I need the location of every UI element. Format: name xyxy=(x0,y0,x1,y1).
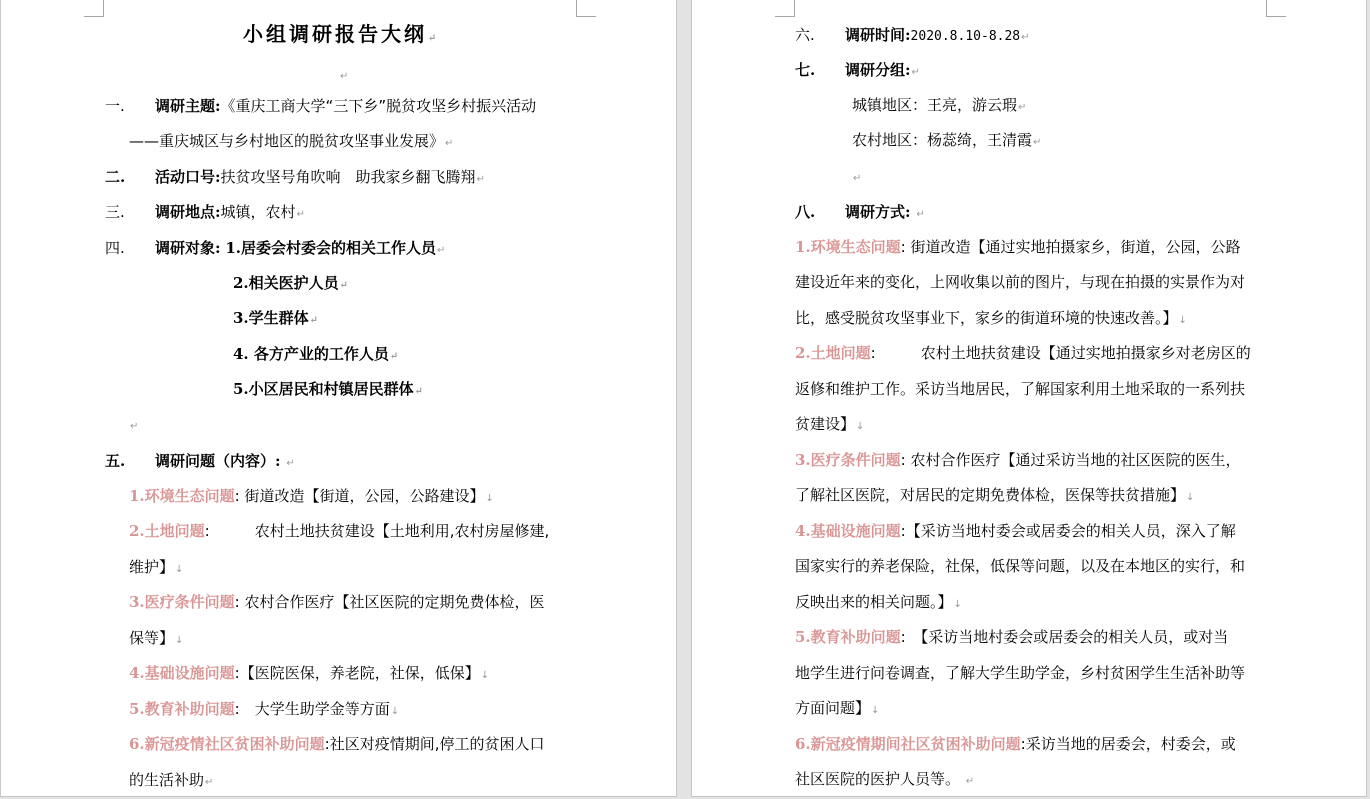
issue-item: 2.土地问题: 农村土地扶贫建设【土地利用,农村房屋修建, xyxy=(129,521,549,541)
group-item: 农村地区：杨蕊绮，王清霞↵ xyxy=(852,130,1041,153)
margin-corner-mark xyxy=(84,0,104,17)
method-item-cont: 了解社区医院，对居民的定期免费体检，医保等扶贫措施】↓ xyxy=(795,485,1194,508)
section-8-methods: 八.调研方式: ↵ xyxy=(795,202,925,225)
issue-item-cont: 维护】↓ xyxy=(129,557,183,580)
section-5-issues: 五.调研问题（内容）: ↵ xyxy=(105,451,295,474)
margin-corner-mark xyxy=(1266,0,1286,17)
section-4-objects: 四.调研对象: 1.居委会村委会的相关工作人员↵ xyxy=(105,238,445,261)
method-item-cont: 社区医院的医护人员等。 ↵ xyxy=(795,769,974,792)
issue-item-cont: 的生活补助↵ xyxy=(129,770,213,793)
method-item: 1.环境生态问题: 街道改造【通过实地拍摄家乡，街道，公园，公路 xyxy=(795,237,1241,257)
method-item: 6.新冠疫情期间社区贫困补助问题:采访当地的居委会，村委会，或 xyxy=(795,734,1236,754)
object-item: 2.相关医护人员↵ xyxy=(233,273,348,296)
document-title: 小组调研报告大纲↵ xyxy=(243,24,439,49)
issue-item: 4.基础设施问题:【医院医保，养老院，社保，低保】↓ xyxy=(129,663,489,686)
method-item-cont: 国家实行的养老保险，社保，低保等问题，以及在本地区的实行，和 xyxy=(795,556,1245,576)
section-3-location: 三.调研地点:城镇，农村↵ xyxy=(105,202,305,225)
section-1-theme: 一.调研主题:《重庆工商大学“三下乡”脱贫攻坚乡村振兴活动 xyxy=(105,96,536,116)
method-item: 4.基础设施问题:【采访当地村委会或居委会的相关人员，深入了解 xyxy=(795,521,1236,541)
method-item-cont: 方面问题】↓ xyxy=(795,698,879,721)
object-item: 4. 各方产业的工作人员↵ xyxy=(233,344,398,367)
section-6-time: 六.调研时间:2020.8.10-8.28↵ xyxy=(795,25,1030,48)
group-item: 城镇地区：王亮，游云瑕↵ xyxy=(852,95,1026,118)
method-item: 2.土地问题: 农村土地扶贫建设【通过实地拍摄家乡对老房区的 xyxy=(795,343,1251,363)
section-2-slogan: 二.活动口号:扶贫攻坚号角吹响 助我家乡翻飞腾翔↵ xyxy=(105,167,485,190)
section-7-groups: 七.调研分组:↵ xyxy=(795,60,920,83)
empty-paragraph: ↵ xyxy=(129,414,138,437)
issue-item-cont: 保等】↓ xyxy=(129,628,183,651)
document-page-right[interactable]: 六.调研时间:2020.8.10-8.28↵ 七.调研分组:↵ 城镇地区：王亮，… xyxy=(691,0,1367,797)
issue-item: 5.教育补助问题: 大学生助学金等方面↓ xyxy=(129,699,399,722)
margin-corner-mark xyxy=(576,0,596,17)
object-item: 3.学生群体↵ xyxy=(233,308,318,331)
issue-item: 6.新冠疫情社区贫困补助问题:社区对疫情期间,停工的贫困人口 xyxy=(129,734,545,754)
method-item-cont: 地学生进行问卷调查，了解大学生助学金，乡村贫困学生生活补助等 xyxy=(795,663,1245,683)
issue-item: 1.环境生态问题: 街道改造【街道，公园，公路建设】↓ xyxy=(129,486,494,509)
object-item: 5.小区居民和村镇居民群体↵ xyxy=(233,379,423,402)
method-item: 3.医疗条件问题: 农村合作医疗【通过采访当地的社区医院的医生， xyxy=(795,450,1241,470)
method-item-cont: 反映出来的相关问题。】↓ xyxy=(795,592,962,615)
section-1-theme-cont: ——重庆城区与乡村地区的脱贫攻坚事业发展》↵ xyxy=(129,131,453,154)
margin-corner-mark xyxy=(775,0,795,17)
issue-item: 3.医疗条件问题: 农村合作医疗【社区医院的定期免费体检，医 xyxy=(129,592,545,612)
method-item: 5.教育补助问题: 【采访当地村委会或居委会的相关人员，或对当 xyxy=(795,627,1228,647)
empty-paragraph: ↵ xyxy=(339,64,348,87)
method-item-cont: 比，感受脱贫攻坚事业下，家乡的街道环境的快速改善。】↓ xyxy=(795,308,1187,331)
method-item-cont: 贫建设】↓ xyxy=(795,414,864,437)
method-item-cont: 建设近年来的变化，上网收集以前的图片，与现在拍摄的实景作为对 xyxy=(795,272,1245,292)
document-page-left[interactable]: 小组调研报告大纲↵ ↵ 一.调研主题:《重庆工商大学“三下乡”脱贫攻坚乡村振兴活… xyxy=(0,0,677,797)
method-item-cont: 返修和维护工作。采访当地居民，了解国家利用土地采取的一系列扶 xyxy=(795,379,1245,399)
empty-paragraph: ↵ xyxy=(852,166,861,189)
